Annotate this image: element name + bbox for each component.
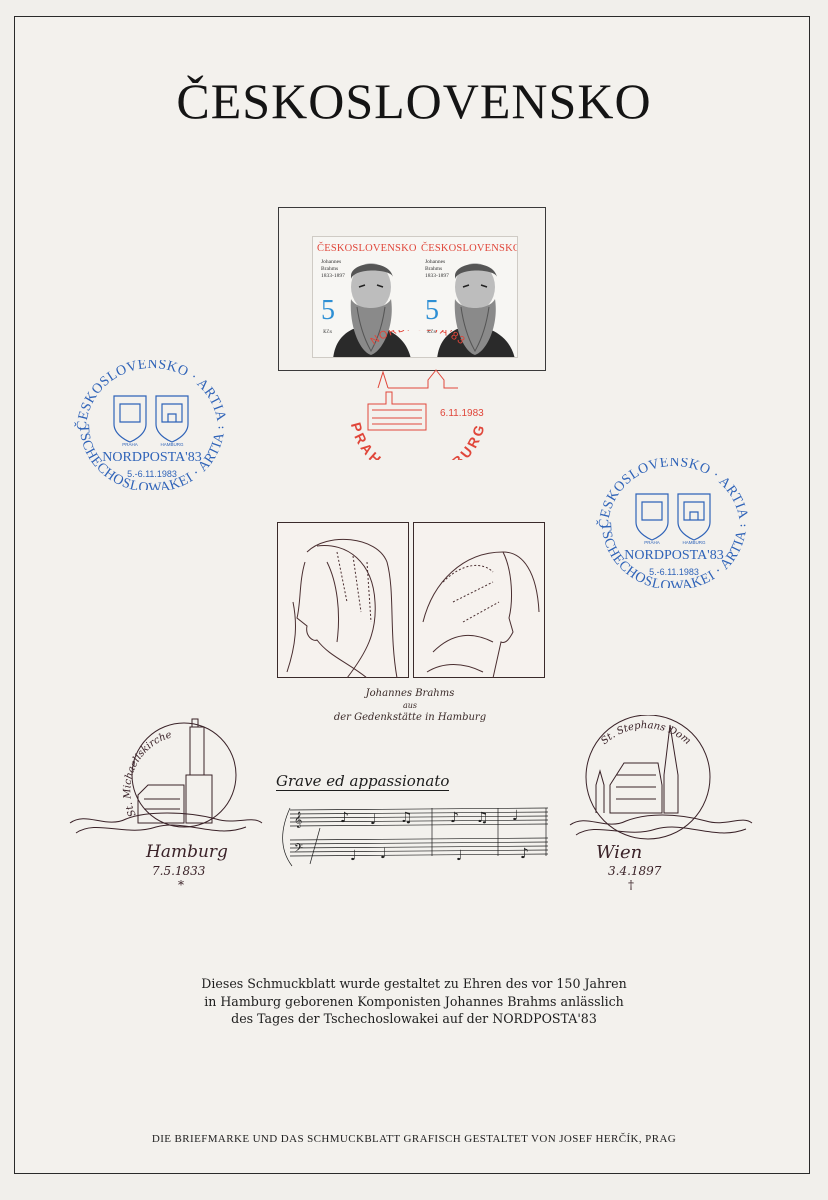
svg-text:6.11.1983: 6.11.1983: [440, 408, 484, 419]
svg-text:5.-6.11.1983: 5.-6.11.1983: [127, 469, 177, 479]
svg-text:PRAHA — HAMBURG: PRAHA — HAMBURG: [348, 420, 488, 460]
svg-text:NORDPOSTA'83: NORDPOSTA'83: [102, 450, 201, 465]
birth-date: 7.5.1833: [152, 864, 205, 878]
svg-text:♪: ♪: [450, 810, 459, 826]
dedication-line: des Tages der Tschechoslowakei auf der N…: [150, 1010, 678, 1028]
hamburg-vignette-illustration: St. Michaeliskirche: [66, 715, 266, 845]
hamburg-label: Hamburg: [146, 842, 228, 862]
svg-text:♩: ♩: [512, 808, 519, 824]
svg-text:𝄞: 𝄞: [294, 812, 302, 828]
svg-text:♩: ♩: [350, 848, 357, 864]
svg-text:♪: ♪: [520, 846, 529, 862]
svg-text:HAMBURG: HAMBURG: [160, 442, 184, 447]
relief-caption-title: Johannes Brahms: [300, 688, 520, 700]
wien-label: Wien: [596, 842, 642, 863]
wien-vignette-illustration: St. Stephans Dom: [566, 715, 756, 845]
music-score-manuscript: 𝄞 𝄢 ♪♩♫ ♪♫♩ ♩♩♩♪: [280, 800, 550, 870]
svg-text:♩: ♩: [456, 848, 463, 864]
dedication-text: Dieses Schmuckblatt wurde gestaltet zu E…: [150, 975, 678, 1028]
svg-text:PRAHA: PRAHA: [644, 540, 660, 545]
tempo-marking: Grave ed appassionato: [276, 772, 449, 791]
relief-panel-right: [413, 522, 545, 678]
birth-asterisk-icon: *: [178, 878, 184, 892]
blue-cancellation-postmark-left: ČESKOSLOVENSKO · ARTIA · TSCHECHOSLOWAKE…: [66, 360, 238, 490]
svg-text:♩: ♩: [380, 846, 387, 862]
svg-text:St. Michaeliskirche: St. Michaeliskirche: [122, 729, 173, 818]
svg-text:♫: ♫: [400, 810, 413, 826]
svg-text:♪: ♪: [340, 810, 349, 826]
svg-text:𝄢: 𝄢: [294, 842, 303, 858]
svg-text:♩: ♩: [370, 812, 377, 828]
svg-text:PRAHA: PRAHA: [122, 442, 138, 447]
page-title: ČESKOSLOVENSKO: [0, 72, 828, 130]
death-date: 3.4.1897: [608, 864, 661, 878]
stamp-country: ČESKOSLOVENSKO: [317, 243, 417, 254]
relief-panel-left: [277, 522, 409, 678]
dedication-line: Dieses Schmuckblatt wurde gestaltet zu E…: [150, 975, 678, 993]
dedication-line: in Hamburg geborenen Komponisten Johanne…: [150, 993, 678, 1011]
relief-caption: Johannes Brahms aus der Gedenkstätte in …: [300, 688, 520, 724]
svg-text:NORDPOSTA'83: NORDPOSTA'83: [624, 548, 723, 563]
svg-text:NORDPOSTA'83: NORDPOSTA'83: [369, 330, 468, 348]
svg-text:♫: ♫: [476, 810, 489, 826]
death-cross-icon: †: [628, 878, 634, 892]
svg-text:ČESKOSLOVENSKO · ARTIA ·: ČESKOSLOVENSKO · ARTIA ·: [595, 458, 751, 529]
relief-caption-place: der Gedenkstätte in Hamburg: [300, 712, 520, 724]
svg-text:HAMBURG: HAMBURG: [682, 540, 706, 545]
relief-caption-aus: aus: [300, 700, 520, 712]
svg-text:ČESKOSLOVENSKO · ARTIA ·: ČESKOSLOVENSKO · ARTIA ·: [73, 360, 229, 431]
svg-text:St. Stephans Dom: St. Stephans Dom: [599, 720, 692, 747]
blue-cancellation-postmark-right: ČESKOSLOVENSKO · ARTIA · TSCHECHOSLOWAKE…: [588, 458, 760, 588]
red-cancellation-postmark: NORDPOSTA'83 PRAHA — HAMBURG 6.11.1983: [328, 330, 508, 460]
stamp-country: ČESKOSLOVENSKO: [421, 243, 518, 254]
svg-text:5.-6.11.1983: 5.-6.11.1983: [649, 567, 699, 577]
design-credit: DIE BRIEFMARKE UND DAS SCHMUCKBLATT GRAF…: [0, 1133, 828, 1145]
